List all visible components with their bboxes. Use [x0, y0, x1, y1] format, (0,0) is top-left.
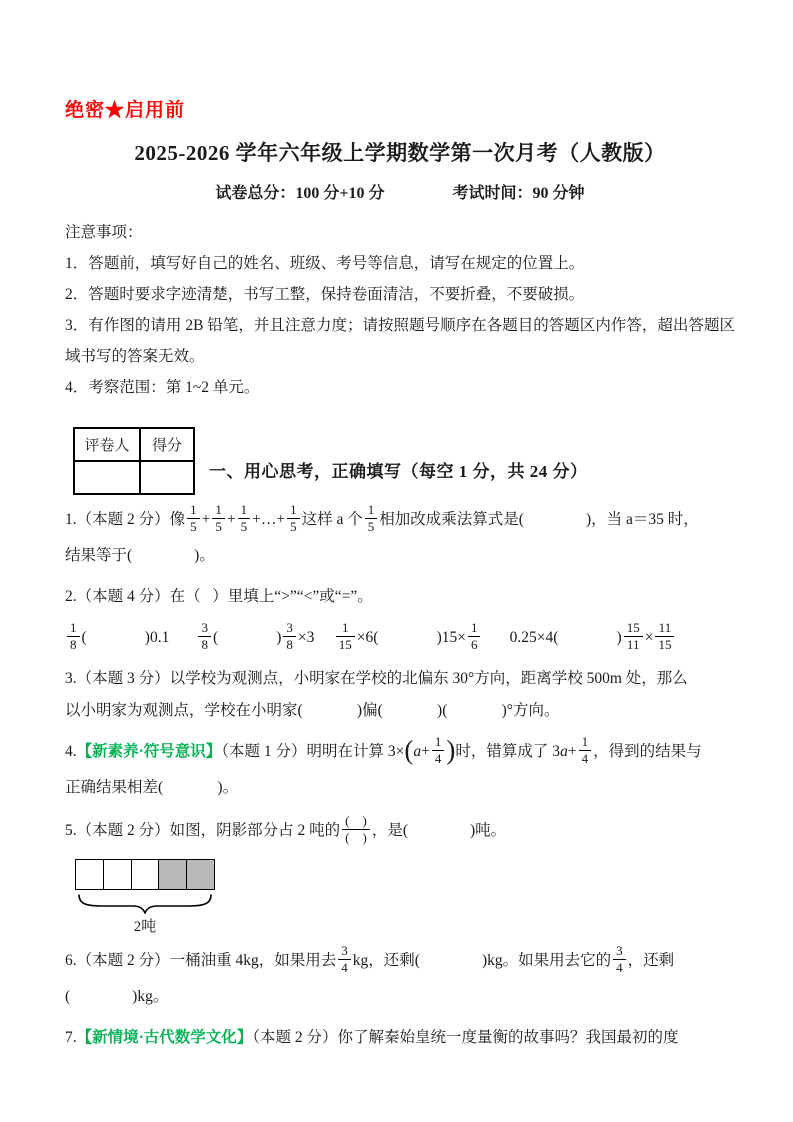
question-2-compare-row: 18( )0.1 38( )38×3 115×6( )15×16 0.25×4(… [65, 620, 735, 656]
fraction: 34 [613, 944, 626, 976]
grader-cell-empty [74, 461, 140, 494]
fraction: 15 [287, 503, 300, 535]
fraction: 15 [187, 503, 200, 535]
question-tag: 【新素养·符号意识】 [77, 743, 222, 760]
secret-banner: 绝密★启用前 [65, 0, 735, 122]
grader-section: 评卷人 得分 一、用心思考，正确填写（每空 1 分，共 24 分） [65, 427, 735, 495]
fraction: 14 [579, 735, 592, 767]
big-paren: ) [446, 735, 455, 765]
question-3: 3.（本题 3 分）以学校为观测点，小明家在学校的北偏东 30°方向，距离学校 … [65, 663, 735, 727]
bar-cell [132, 860, 160, 889]
big-paren: ( [404, 735, 413, 765]
bar-unit-label: 2吨 [75, 915, 215, 936]
score-col-header: 得分 [140, 428, 194, 461]
question-4: 4.【新素养·符号意识】（本题 1 分）明明在计算 3×(a+14)时，错算成了… [65, 734, 735, 806]
fraction: 15 [238, 503, 251, 535]
question-7: 7.【新情境·古代数学文化】（本题 2 分）你了解秦始皇统一度量衡的故事吗？我国… [65, 1022, 735, 1054]
grader-table: 评卷人 得分 [73, 427, 195, 495]
fraction: 14 [432, 735, 445, 767]
bar-cell [159, 860, 187, 889]
notice-item-2: 2．答题时要求字迹清楚，书写工整，保持卷面清洁，不要折叠，不要破损。 [65, 279, 735, 310]
fraction-bar [75, 859, 215, 890]
fraction: 16 [468, 621, 481, 653]
notice-item-1: 1．答题前，填写好自己的姓名、班级、考号等信息，请写在规定的位置上。 [65, 248, 735, 279]
math-variable: a [413, 743, 421, 760]
total-score-label: 试卷总分：100 分+10 分 [215, 180, 384, 203]
fraction: 1115 [655, 621, 674, 653]
question-tag: 【新情境·古代数学文化】 [77, 1029, 253, 1046]
notice-section: 注意事项： 1．答题前，填写好自己的姓名、班级、考号等信息，请写在规定的位置上。… [65, 217, 735, 403]
question-2: 2.（本题 4 分）在（ ）里填上“>”“<”或“=”。 [65, 581, 735, 613]
notice-item-3: 3．有作图的请用 2B 铅笔，并且注意力度；请按照题号顺序在各题目的答题区内作答… [65, 310, 735, 372]
fraction: 38 [283, 621, 296, 653]
exam-page: 绝密★启用前 2025-2026 学年六年级上学期数学第一次月考（人教版） 试卷… [0, 0, 793, 1122]
question-6: 6.（本题 2 分）一桶油重 4kg，如果用去34kg，还剩( )kg。如果用去… [65, 943, 735, 1015]
grader-col-header: 评卷人 [74, 428, 140, 461]
fraction: 15 [365, 503, 378, 535]
fraction: ( )( ) [342, 814, 370, 846]
notice-item-4: 4．考察范围：第 1~2 单元。 [65, 372, 735, 403]
score-cell-empty [140, 461, 194, 494]
section-1-heading: 一、用心思考，正确填写（每空 1 分，共 24 分） [209, 457, 588, 482]
fraction: 34 [338, 944, 351, 976]
question-list: 1.（本题 2 分）像15+15+15+…+15这样 a 个15相加改成乘法算式… [65, 502, 735, 1054]
exam-meta: 试卷总分：100 分+10 分考试时间：90 分钟 [65, 180, 735, 203]
brace-icon [75, 892, 215, 914]
fraction: 15 [212, 503, 225, 535]
exam-time-label: 考试时间：90 分钟 [453, 180, 585, 203]
notices-heading: 注意事项： [65, 217, 735, 248]
bar-cell [187, 860, 214, 889]
fraction: 18 [67, 621, 80, 653]
math-variable: a [560, 743, 568, 760]
question-1: 1.（本题 2 分）像15+15+15+…+15这样 a 个15相加改成乘法算式… [65, 502, 735, 574]
question-5: 5.（本题 2 分）如图，阴影部分占 2 吨的( )( )，是( )吨。 [65, 813, 735, 849]
bar-cell [104, 860, 132, 889]
fraction-figure: 2吨 [75, 859, 215, 936]
fraction: 115 [336, 621, 355, 653]
fraction: 1511 [624, 621, 643, 653]
fraction: 38 [198, 621, 211, 653]
bar-cell [76, 860, 104, 889]
page-title: 2025-2026 学年六年级上学期数学第一次月考（人教版） [65, 137, 735, 167]
